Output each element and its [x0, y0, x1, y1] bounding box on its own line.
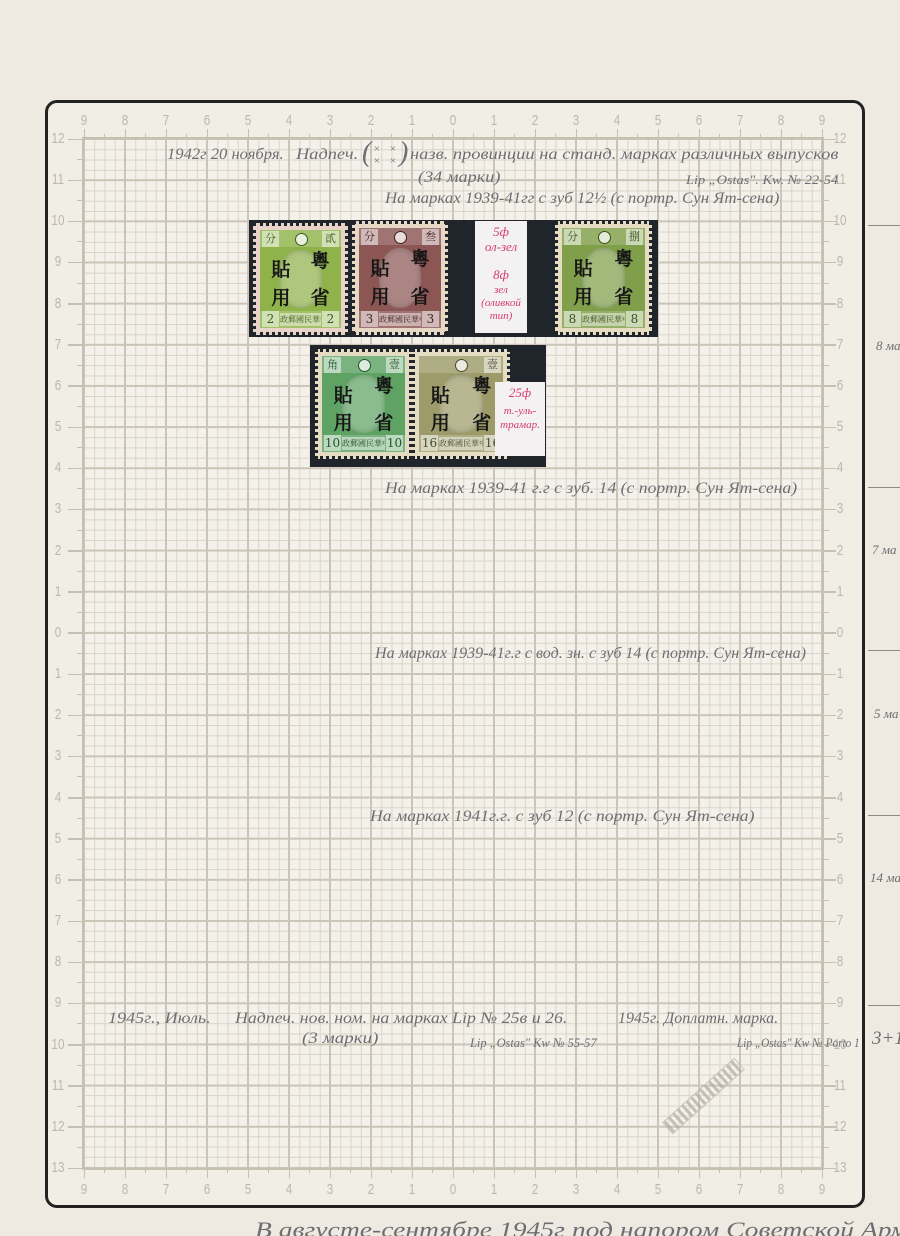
stamp-inscription: 政郵國民華中	[582, 313, 625, 326]
stamp-corner-character	[421, 357, 438, 373]
ruler-tick	[77, 1065, 84, 1066]
ruler-x-label: 3	[321, 112, 340, 130]
ruler-x-label: 5	[239, 112, 258, 130]
ruler-x-label: 1	[485, 112, 504, 130]
ruler-tick	[473, 134, 474, 139]
ruler-tick	[77, 612, 84, 613]
stamp-10-fen: 角 壹 粵 貼 省 用 10 政郵國民華中 10	[315, 349, 412, 459]
ruler-tick	[576, 1168, 578, 1178]
ruler-tick	[289, 129, 291, 139]
ruler-tick	[77, 241, 84, 242]
ruler-y-label: 4	[49, 789, 68, 807]
ruler-tick	[68, 550, 84, 552]
ruler-tick	[186, 1168, 187, 1173]
ruler-tick	[699, 129, 701, 139]
ruler-x-label: 8	[116, 1181, 135, 1199]
ruler-tick	[77, 324, 84, 325]
ruler-tick	[822, 653, 829, 654]
note-line: ол-зел	[475, 240, 527, 254]
ruler-tick	[822, 406, 829, 407]
ruler-x-label: 7	[157, 112, 176, 130]
ruler-tick	[77, 900, 84, 901]
ruler-tick	[822, 859, 829, 860]
catalog-reference: Lip „Ostas". Kw. № 22-54	[686, 171, 838, 189]
ruler-tick	[391, 1168, 392, 1173]
ruler-tick	[77, 735, 84, 736]
ruler-tick	[391, 134, 392, 139]
ruler-x-label: 9	[813, 112, 832, 130]
ruler-tick	[801, 1168, 802, 1173]
note-line: трамар.	[495, 418, 545, 432]
ruler-tick	[596, 1168, 597, 1173]
sun-emblem-icon	[295, 233, 308, 246]
margin-divider	[868, 487, 900, 488]
ruler-tick	[822, 571, 829, 572]
sun-emblem-icon	[358, 359, 371, 372]
margin-divider	[868, 225, 900, 226]
overprint-symbol-bottom: × ×	[373, 156, 400, 167]
ruler-tick	[412, 129, 414, 139]
stamp-inscription: 政郵國民華中	[342, 437, 385, 450]
ruler-tick	[207, 1168, 209, 1178]
ruler-tick	[68, 1044, 84, 1046]
margin-note: 5 ма	[874, 705, 899, 723]
ruler-y-label: 9	[49, 253, 68, 271]
issue-description: назв. провинции на станд. марках различн…	[410, 146, 838, 164]
ruler-tick	[637, 1168, 638, 1173]
ruler-tick	[822, 941, 829, 942]
ruler-x-label: 9	[75, 1181, 94, 1199]
ruler-tick	[822, 612, 829, 613]
ruler-tick	[719, 1168, 720, 1173]
ruler-tick	[781, 129, 783, 139]
ruler-x-label: 1	[485, 1181, 504, 1199]
ruler-tick	[145, 134, 146, 139]
ruler-tick	[822, 344, 836, 346]
ruler-tick	[617, 129, 619, 139]
ruler-y-label: 1	[49, 665, 68, 683]
ruler-tick	[145, 1168, 146, 1173]
ruler-y-label: 0	[49, 624, 68, 642]
overprint-character: 用	[370, 288, 389, 308]
ruler-tick	[77, 859, 84, 860]
ruler-tick	[822, 488, 829, 489]
ruler-tick	[68, 797, 84, 799]
ruler-tick	[453, 129, 455, 139]
overprint-character: 省	[472, 414, 491, 434]
note-card: 25ф т.-уль- трамар.	[495, 382, 545, 456]
ruler-tick	[822, 447, 829, 448]
margin-note: 14 ма	[870, 869, 900, 887]
stamp-design: 分 捌 粵 貼 省 用 8 政郵國民華中 8	[562, 228, 645, 328]
ruler-tick	[822, 530, 829, 531]
ruler-tick	[68, 344, 84, 346]
ruler-tick	[77, 1106, 84, 1107]
ruler-tick	[822, 818, 829, 819]
ruler-tick	[658, 1168, 660, 1178]
stamp-denomination: 16	[421, 435, 438, 451]
ruler-tick	[596, 134, 597, 139]
ruler-tick	[84, 129, 86, 139]
stamp-inscription: 政郵國民華中	[280, 313, 321, 326]
stamp-corner-character: 壹	[386, 357, 403, 373]
ruler-tick	[77, 1147, 84, 1148]
overprint-character: 貼	[334, 387, 353, 407]
ruler-tick	[166, 129, 168, 139]
ruler-tick	[104, 134, 105, 139]
ruler-tick	[822, 200, 829, 201]
note-line: (оливкой	[475, 296, 527, 310]
note-card: 5ф ол-зел 8ф зел (оливкой тип)	[475, 221, 527, 333]
ruler-tick	[453, 1168, 455, 1178]
ruler-x-label: 7	[157, 1181, 176, 1199]
ruler-tick	[637, 134, 638, 139]
postage-due-catalog-reference: Lip „Ostas" Kw № Porto 1	[737, 1034, 860, 1052]
ruler-tick	[822, 221, 836, 223]
ruler-tick	[822, 1023, 829, 1024]
overprint-character: 用	[334, 414, 353, 434]
margin-divider	[868, 650, 900, 651]
ruler-tick	[289, 1168, 291, 1178]
bracket-right-icon: )	[399, 139, 408, 167]
ruler-x-label: 7	[731, 112, 750, 130]
ruler-x-label: 9	[813, 1181, 832, 1199]
ruler-tick	[494, 129, 496, 139]
ruler-tick	[330, 129, 332, 139]
ruler-x-label: 9	[75, 112, 94, 130]
ruler-tick	[350, 134, 351, 139]
ruler-tick	[699, 1168, 701, 1178]
ruler-x-label: 2	[526, 1181, 545, 1199]
ruler-tick	[514, 134, 515, 139]
ruler-tick	[822, 632, 836, 634]
stamp-denomination: 8	[564, 311, 581, 327]
ruler-tick	[740, 129, 742, 139]
ruler-tick	[822, 962, 836, 964]
ruler-y-label: 3	[49, 747, 68, 765]
overprint-character: 省	[374, 414, 393, 434]
ruler-tick	[494, 1168, 496, 1178]
ruler-y-label: 11	[49, 1077, 68, 1095]
ruler-tick	[227, 134, 228, 139]
ruler-tick	[77, 941, 84, 942]
postwar-issue-count: (3 марки)	[302, 1030, 378, 1048]
ruler-tick	[822, 756, 836, 758]
ruler-tick	[678, 1168, 679, 1173]
ruler-tick	[822, 262, 836, 264]
ruler-x-label: 3	[567, 1181, 586, 1199]
note-line: зел	[475, 283, 527, 297]
ruler-tick	[68, 303, 84, 305]
ruler-tick	[555, 1168, 556, 1173]
ruler-y-label: 3	[49, 500, 68, 518]
ruler-tick	[68, 1126, 84, 1128]
ruler-tick	[68, 509, 84, 511]
ruler-tick	[77, 406, 84, 407]
ruler-x-label: 8	[116, 112, 135, 130]
ruler-tick	[77, 653, 84, 654]
note-line: 25ф	[495, 386, 545, 400]
ruler-tick	[822, 1126, 836, 1128]
stamp-denomination: 3	[361, 311, 378, 327]
stamp-denomination: 2	[262, 311, 279, 327]
postwar-issue-date: 1945г., Июль.	[108, 1010, 211, 1028]
ruler-x-label: 6	[198, 112, 217, 130]
ruler-tick	[68, 591, 84, 593]
ruler-tick	[68, 715, 84, 717]
ruler-x-label: 5	[239, 1181, 258, 1199]
ruler-tick	[68, 879, 84, 881]
ruler-x-label: 2	[526, 112, 545, 130]
stamp-corner-character: 分	[564, 229, 581, 245]
ruler-tick	[822, 797, 836, 799]
ruler-tick	[822, 1147, 829, 1148]
ruler-tick	[822, 1168, 836, 1170]
stamp-design: 壹 粵 貼 省 用 16 政郵國民華中 16	[419, 356, 503, 452]
ruler-tick	[822, 427, 836, 429]
sun-emblem-icon	[394, 231, 407, 244]
ruler-tick	[330, 1168, 332, 1178]
overprint-character: 用	[431, 414, 450, 434]
ruler-x-label: 4	[280, 1181, 299, 1199]
ruler-tick	[68, 962, 84, 964]
ruler-tick	[68, 1168, 84, 1170]
ruler-tick	[822, 550, 836, 552]
overprint-symbol-top: × ×	[373, 144, 400, 155]
ruler-x-label: 3	[321, 1181, 340, 1199]
ruler-y-label: 9	[49, 994, 68, 1012]
ruler-tick	[77, 1023, 84, 1024]
ruler-tick	[822, 694, 829, 695]
stamp-inscription: 政郵國民華中	[439, 437, 483, 450]
ruler-tick	[350, 1168, 351, 1173]
ruler-tick	[68, 385, 84, 387]
margin-divider	[868, 1005, 900, 1006]
stamp-corner-character: 壹	[484, 357, 501, 373]
ruler-y-label: 4	[49, 459, 68, 477]
margin-note: 8 ма	[876, 337, 900, 355]
ruler-y-label: 10	[49, 212, 68, 230]
postage-due-title: 1945г. Доплатн. марка.	[618, 1010, 778, 1028]
ruler-y-label: 2	[49, 542, 68, 560]
ruler-tick	[412, 1168, 414, 1178]
ruler-tick	[576, 129, 578, 139]
ruler-tick	[822, 283, 829, 284]
overprint-character: 用	[574, 288, 593, 308]
ruler-x-label: 2	[362, 1181, 381, 1199]
overprint-character: 貼	[370, 260, 389, 280]
ruler-tick	[801, 134, 802, 139]
margin-note: 3+1	[872, 1030, 900, 1048]
ruler-tick	[68, 1003, 84, 1005]
ruler-tick	[77, 159, 84, 160]
ruler-tick	[822, 303, 836, 305]
ruler-tick	[77, 818, 84, 819]
ruler-x-label: 4	[280, 112, 299, 130]
ruler-tick	[68, 468, 84, 470]
ruler-tick	[104, 1168, 105, 1173]
ruler-tick	[77, 982, 84, 983]
overprint-character: 粵	[411, 250, 430, 270]
ruler-x-label: 8	[772, 1181, 791, 1199]
note-line: тип)	[475, 309, 527, 323]
ruler-x-label: 1	[403, 1181, 422, 1199]
stamp-denomination: 10	[386, 435, 403, 451]
ruler-x-label: 6	[690, 1181, 709, 1199]
ruler-tick	[248, 129, 250, 139]
section-title: На марках 1939-41г.г с вод. зн. с зуб 14…	[375, 645, 806, 663]
ruler-tick	[822, 241, 829, 242]
stamp-corner-character: 角	[324, 357, 341, 373]
ruler-tick	[432, 1168, 433, 1173]
ruler-tick	[68, 427, 84, 429]
ruler-tick	[248, 1168, 250, 1178]
overprint-character: 粵	[614, 250, 633, 270]
ruler-tick	[514, 1168, 515, 1173]
ruler-x-label: 0	[444, 112, 463, 130]
overprint-character: 粵	[311, 252, 330, 272]
stamp-design: 分 貳 粵 貼 省 用 2 政郵國民華中 2	[260, 230, 341, 328]
stamp-denomination: 10	[324, 435, 341, 451]
ruler-x-label: 0	[444, 1181, 463, 1199]
ruler-tick	[822, 468, 836, 470]
ruler-x-label: 5	[649, 1181, 668, 1199]
ruler-tick	[68, 756, 84, 758]
overprint-character: 貼	[271, 261, 290, 281]
overprint-character: 省	[411, 288, 430, 308]
sun-emblem-icon	[598, 231, 611, 244]
ruler-tick	[68, 139, 84, 141]
issue-date: 1942г 20 ноября.	[167, 146, 284, 164]
margin-note: 7 ма	[872, 541, 897, 559]
ruler-y-label: 7	[49, 336, 68, 354]
stamp-denomination: 2	[322, 311, 339, 327]
ruler-tick	[678, 134, 679, 139]
ruler-tick	[822, 900, 829, 901]
ruler-tick	[822, 776, 829, 777]
ruler-tick	[186, 134, 187, 139]
ruler-x-label: 6	[198, 1181, 217, 1199]
ruler-tick	[68, 221, 84, 223]
stamp-denomination: 3	[422, 311, 439, 327]
overprint-character: 貼	[574, 260, 593, 280]
ruler-tick	[822, 879, 836, 881]
stamp-corner-character: 分	[361, 229, 378, 245]
ruler-x-label: 3	[567, 112, 586, 130]
ruler-tick	[822, 982, 829, 983]
ruler-tick	[822, 838, 836, 840]
ruler-x-label: 7	[731, 1181, 750, 1199]
stamp-2-fen: 分 貳 粵 貼 省 用 2 政郵國民華中 2	[253, 223, 348, 335]
ruler-y-label: 10	[49, 1036, 68, 1054]
ruler-tick	[125, 129, 127, 139]
stamp-design: 分 叁 粵 貼 省 用 3 政郵國民華中 3	[359, 228, 441, 328]
ruler-tick	[77, 488, 84, 489]
ruler-tick	[822, 1085, 836, 1087]
ruler-tick	[740, 1168, 742, 1178]
ruler-x-label: 5	[649, 112, 668, 130]
ruler-tick	[77, 571, 84, 572]
ruler-tick	[760, 1168, 761, 1173]
ruler-y-label: 8	[49, 953, 68, 971]
ruler-tick	[822, 365, 829, 366]
ruler-tick	[822, 1003, 836, 1005]
ruler-tick	[77, 776, 84, 777]
ruler-tick	[77, 200, 84, 201]
sun-emblem-icon	[455, 359, 468, 372]
ruler-y-label: 1	[49, 583, 68, 601]
ruler-tick	[822, 1106, 829, 1107]
ruler-tick	[822, 385, 836, 387]
overprint-symbol: ( × × × × )	[362, 141, 408, 169]
ruler-tick	[617, 1168, 619, 1178]
ruler-tick	[822, 591, 836, 593]
ruler-tick	[822, 921, 836, 923]
ruler-tick	[822, 1168, 824, 1178]
note-line: 8ф	[475, 268, 527, 282]
stamp-corner-character: 捌	[626, 229, 643, 245]
ruler-tick	[125, 1168, 127, 1178]
margin-divider	[868, 815, 900, 816]
ruler-y-label: 12	[49, 130, 68, 148]
ruler-y-label: 6	[49, 377, 68, 395]
section-title: На марках 1941г.г. с зуб 12 (с портр. Су…	[370, 808, 755, 826]
ruler-y-label: 6	[49, 871, 68, 889]
ruler-x-label: 8	[772, 112, 791, 130]
ruler-tick	[68, 838, 84, 840]
ruler-tick	[68, 674, 84, 676]
ruler-tick	[68, 262, 84, 264]
section-title: На марках 1939-41 г.г с зуб. 14 (с портр…	[385, 480, 797, 498]
overprint-character: 粵	[374, 377, 393, 397]
ruler-tick	[432, 134, 433, 139]
ruler-tick	[207, 129, 209, 139]
ruler-y-label: 12	[49, 1118, 68, 1136]
stamp-corner-character: 叁	[422, 229, 439, 245]
overprint-character: 粵	[472, 377, 491, 397]
ruler-y-label: 5	[49, 418, 68, 436]
stamp-design: 角 壹 粵 貼 省 用 10 政郵國民華中 10	[322, 356, 405, 452]
ruler-tick	[84, 1168, 86, 1178]
ruler-tick	[68, 921, 84, 923]
ruler-tick	[68, 1085, 84, 1087]
ruler-y-label: 7	[49, 912, 68, 930]
ruler-tick	[822, 139, 836, 141]
note-line: т.-уль-	[495, 404, 545, 418]
stamp-denomination: 8	[626, 311, 643, 327]
stamp-corner-character: 貳	[322, 231, 339, 247]
ruler-tick	[535, 1168, 537, 1178]
ruler-tick	[781, 1168, 783, 1178]
ruler-tick	[77, 694, 84, 695]
ruler-x-label: 6	[690, 112, 709, 130]
ruler-tick	[822, 324, 829, 325]
ruler-tick	[77, 530, 84, 531]
ruler-tick	[371, 1168, 373, 1178]
ruler-tick	[77, 365, 84, 366]
ruler-tick	[822, 129, 824, 139]
section-title: На марках 1939-41гг с зуб 12½ (с портр. …	[385, 190, 779, 208]
ruler-tick	[719, 134, 720, 139]
ruler-tick	[68, 632, 84, 634]
postwar-issue-description: Надпеч. нов. ном. на марках Lip № 25в и …	[235, 1010, 567, 1028]
overprint-character: 省	[311, 289, 330, 309]
ruler-x-label: 4	[608, 1181, 627, 1199]
overprint-character: 用	[271, 289, 290, 309]
ruler-tick	[822, 509, 836, 511]
overprint-label: Надпеч.	[296, 146, 358, 164]
ruler-tick	[658, 129, 660, 139]
